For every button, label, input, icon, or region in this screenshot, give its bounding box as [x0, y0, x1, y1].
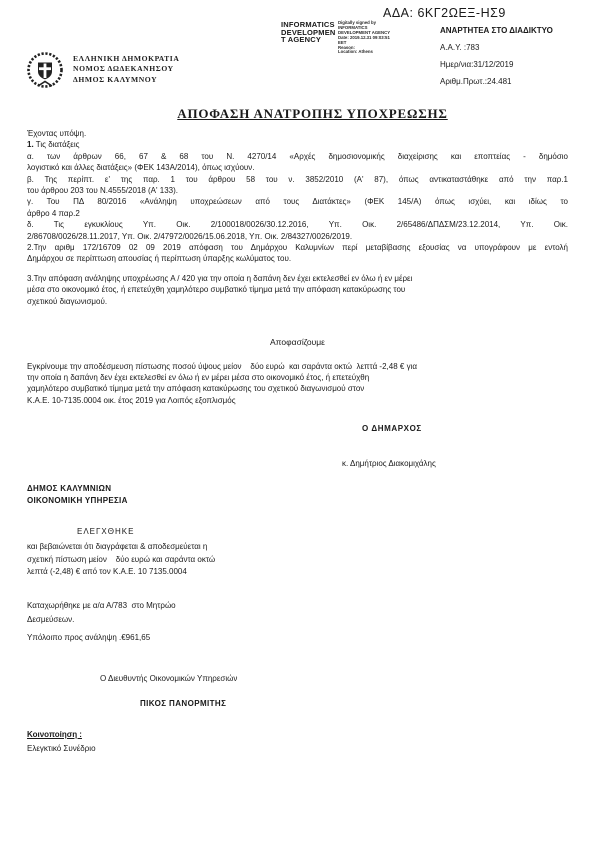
cc-label: Κοινοποίηση :: [27, 728, 96, 742]
item2-line: Δημάρχου σε περίπτωση απουσίας ή περίπτω…: [27, 253, 568, 264]
checked-line: σχετική πίστωση μείον δύο ευρώ και σαράν…: [27, 554, 357, 567]
item2-line: 2.Την αριθμ 172/16709 02 09 2019 απόφαση…: [27, 242, 568, 253]
department-block: ΔΗΜΟΣ ΚΑΛΥΜΝΙΩΝ ΟΙΚΟΝΟΜΙΚΗ ΥΠΗΡΕΣΙΑ: [27, 483, 128, 508]
item1b-line: του άρθρου 203 του Ν.4555/2018 (Α' 133).: [27, 185, 568, 196]
decide-heading: Αποφασίζουμε: [27, 337, 568, 348]
item1a-line: α. των άρθρων 66, 67 & 68 του Ν. 4270/14…: [27, 151, 568, 162]
registry-line: Δεσμεύσεων.: [27, 613, 176, 627]
greek-emblem-icon: [25, 52, 65, 90]
item3-line: 3.Την απόφαση ανάληψης υποχρέωσης Α / 42…: [27, 273, 532, 284]
approval-line: την οποία η δαπάνη δεν έχει εκτελεσθεί ε…: [27, 372, 568, 383]
item3-line: μέσα στο οικονομικό έτος, ή επετεύχθη χα…: [27, 284, 532, 295]
remaining-balance: Υπόλοιπο προς ανάληψη .€961,65: [27, 633, 150, 642]
cc-recipient: Ελεγκτικό Συνέδριο: [27, 742, 96, 756]
checked-line: λεπτά (-2,48) € από τον Κ.Α.Ε. 10 7135.0…: [27, 566, 357, 579]
item1-text: Τις διατάξεις: [34, 140, 80, 149]
ada-number: ΑΔΑ: 6ΚΓ2ΩΕΞ-ΗΣ9: [383, 6, 506, 20]
mayor-name: κ. Δημήτριος Διακομιχάλης: [342, 459, 436, 468]
item1-heading: 1. Τις διατάξεις: [27, 139, 568, 150]
registry-note: Καταχωρήθηκε με α/α Α/783 στο Μητρώο Δεσ…: [27, 599, 176, 626]
municipality-label: ΔΗΜΟΣ ΚΑΛΥΜΝΟΥ: [73, 75, 179, 85]
item1c-line: γ. Του ΠΔ 80/2016 «Ανάληψη υποχρεώσεων α…: [27, 196, 568, 207]
approval-paragraph: Εγκρίνουμε την αποδέσμευση πίστωσης ποσο…: [27, 361, 568, 407]
aay-number: Α.Α.Υ. :783: [440, 43, 590, 52]
approval-line: Κ.Α.Ε. 10-7135.0004 οικ. έτος 2019 για Λ…: [27, 395, 568, 406]
item1-marker: 1.: [27, 140, 34, 149]
municipality-block: ΕΛΛΗΝΙΚΗ ΔΗΜΟΚΡΑΤΙΑ ΝΟΜΟΣ ΔΩΔΕΚΑΝΗΣΟΥ ΔΗ…: [73, 54, 179, 85]
department-line: ΟΙΚΟΝΟΜΙΚΗ ΥΠΗΡΕΣΙΑ: [27, 495, 128, 507]
item1b-line: β. Της περίπτ. ε' της παρ. 1 του άρθρου …: [27, 174, 568, 185]
title-row: ΑΠΟΦΑΣΗ ΑΝΑΤΡΟΠΗΣ ΥΠΟΧΡΕΩΣΗΣ: [15, 106, 595, 122]
protocol-number: Αριθμ.Πρωτ.:24.481: [440, 77, 590, 86]
document-page: ΑΔΑ: 6ΚΓ2ΩΕΞ-ΗΣ9 INFORMATICS DEVELOPMEN …: [0, 0, 595, 842]
item1a-line: λογιστικό και άλλες διατάξεις» (ΦΕΚ 143Α…: [27, 162, 568, 173]
prefecture-label: ΝΟΜΟΣ ΔΩΔΕΚΑΝΗΣΟΥ: [73, 64, 179, 74]
director-name: ΠΙΚΟΣ ΠΑΝΟΡΜΙΤΗΣ: [140, 699, 226, 708]
approval-line: Εγκρίνουμε την αποδέσμευση πίστωσης ποσο…: [27, 361, 568, 372]
cc-block: Κοινοποίηση : Ελεγκτικό Συνέδριο: [27, 728, 96, 755]
having-regard-line: Έχοντας υπόψη.: [27, 128, 568, 139]
item1c-line: άρθρο 4 παρ.2: [27, 208, 568, 219]
director-title: Ο Διευθυντής Οικονομικών Υπηρεσιών: [100, 674, 237, 683]
item1d-line: δ. Τις εγκυκλίους Υπ. Οικ. 2/100018/0026…: [27, 219, 568, 230]
posted-online-label: ΑΝΑΡΤΗΤΕΑ ΣΤΟ ΔΙΑΔΙΚΤΥΟ: [440, 26, 590, 35]
checked-statement: και βεβαιώνεται ότι διαγράφεται & αποδεσ…: [27, 541, 357, 579]
checked-line: και βεβαιώνεται ότι διαγράφεται & αποδεσ…: [27, 541, 357, 554]
checked-heading: ΕΛΕΓΧΘΗΚΕ: [77, 527, 134, 536]
registry-line: Καταχωρήθηκε με α/α Α/783 στο Μητρώο: [27, 599, 176, 613]
header-right-block: ΑΝΑΡΤΗΤΕΑ ΣΤΟ ΔΙΑΔΙΚΤΥΟ Α.Α.Υ. :783 Ημερ…: [440, 26, 590, 94]
coat-of-arms-logo: [25, 52, 65, 92]
document-date: Ημερ/νια:31/12/2019: [440, 60, 590, 69]
item3-line: σχετικού διαγωνισμού.: [27, 296, 532, 307]
digital-signature-text: Digitally signed by INFORMATICS DEVELOPM…: [338, 21, 418, 55]
department-line: ΔΗΜΟΣ ΚΑΛΥΜΝΙΩΝ: [27, 483, 128, 495]
decision-body: Έχοντας υπόψη. 1. Τις διατάξεις α. των ά…: [27, 128, 568, 406]
item1d-line: 2/86708/0026/28.11.2017, Υπ. Οικ. 2/4797…: [27, 231, 568, 242]
item3-block: 3.Την απόφαση ανάληψης υποχρέωσης Α / 42…: [27, 273, 532, 307]
mayor-title: Ο ΔΗΜΑΡΧΟΣ: [362, 424, 422, 433]
ida-agency-name: INFORMATICS DEVELOPMEN T AGENCY: [281, 21, 341, 44]
hellenic-republic-label: ΕΛΛΗΝΙΚΗ ΔΗΜΟΚΡΑΤΙΑ: [73, 54, 179, 64]
page-title: ΑΠΟΦΑΣΗ ΑΝΑΤΡΟΠΗΣ ΥΠΟΧΡΕΩΣΗΣ: [177, 106, 447, 121]
approval-line: χαμηλότερο συμβατικό τίμημα μετά την από…: [27, 383, 568, 394]
